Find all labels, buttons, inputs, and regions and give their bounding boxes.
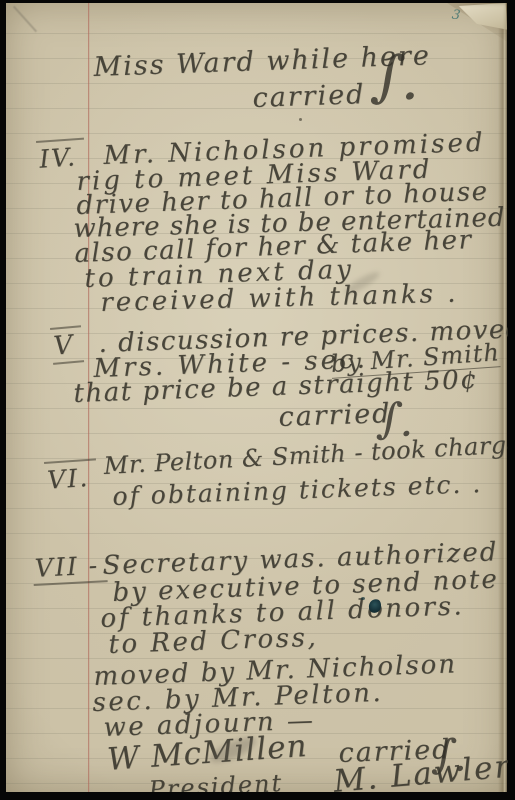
photo-border-bottom bbox=[0, 792, 515, 800]
photo-border-left bbox=[0, 0, 6, 800]
photo-border-right bbox=[508, 0, 515, 800]
opening-line-2: carried bbox=[252, 79, 366, 114]
ink-blot-speck bbox=[361, 597, 365, 600]
section-numeral-vi: VI. bbox=[44, 458, 98, 496]
handwritten-line: carried bbox=[278, 398, 392, 433]
carried-flourish: ∫. bbox=[369, 40, 427, 114]
scanned-minutes-page: Miss Ward while here carried ∫. IV. Mr. … bbox=[0, 0, 515, 800]
section-numeral-vii: VII - bbox=[32, 548, 108, 586]
ink-dot bbox=[299, 118, 302, 121]
section-numeral-v: V bbox=[50, 325, 84, 365]
photo-border-top bbox=[0, 0, 515, 3]
